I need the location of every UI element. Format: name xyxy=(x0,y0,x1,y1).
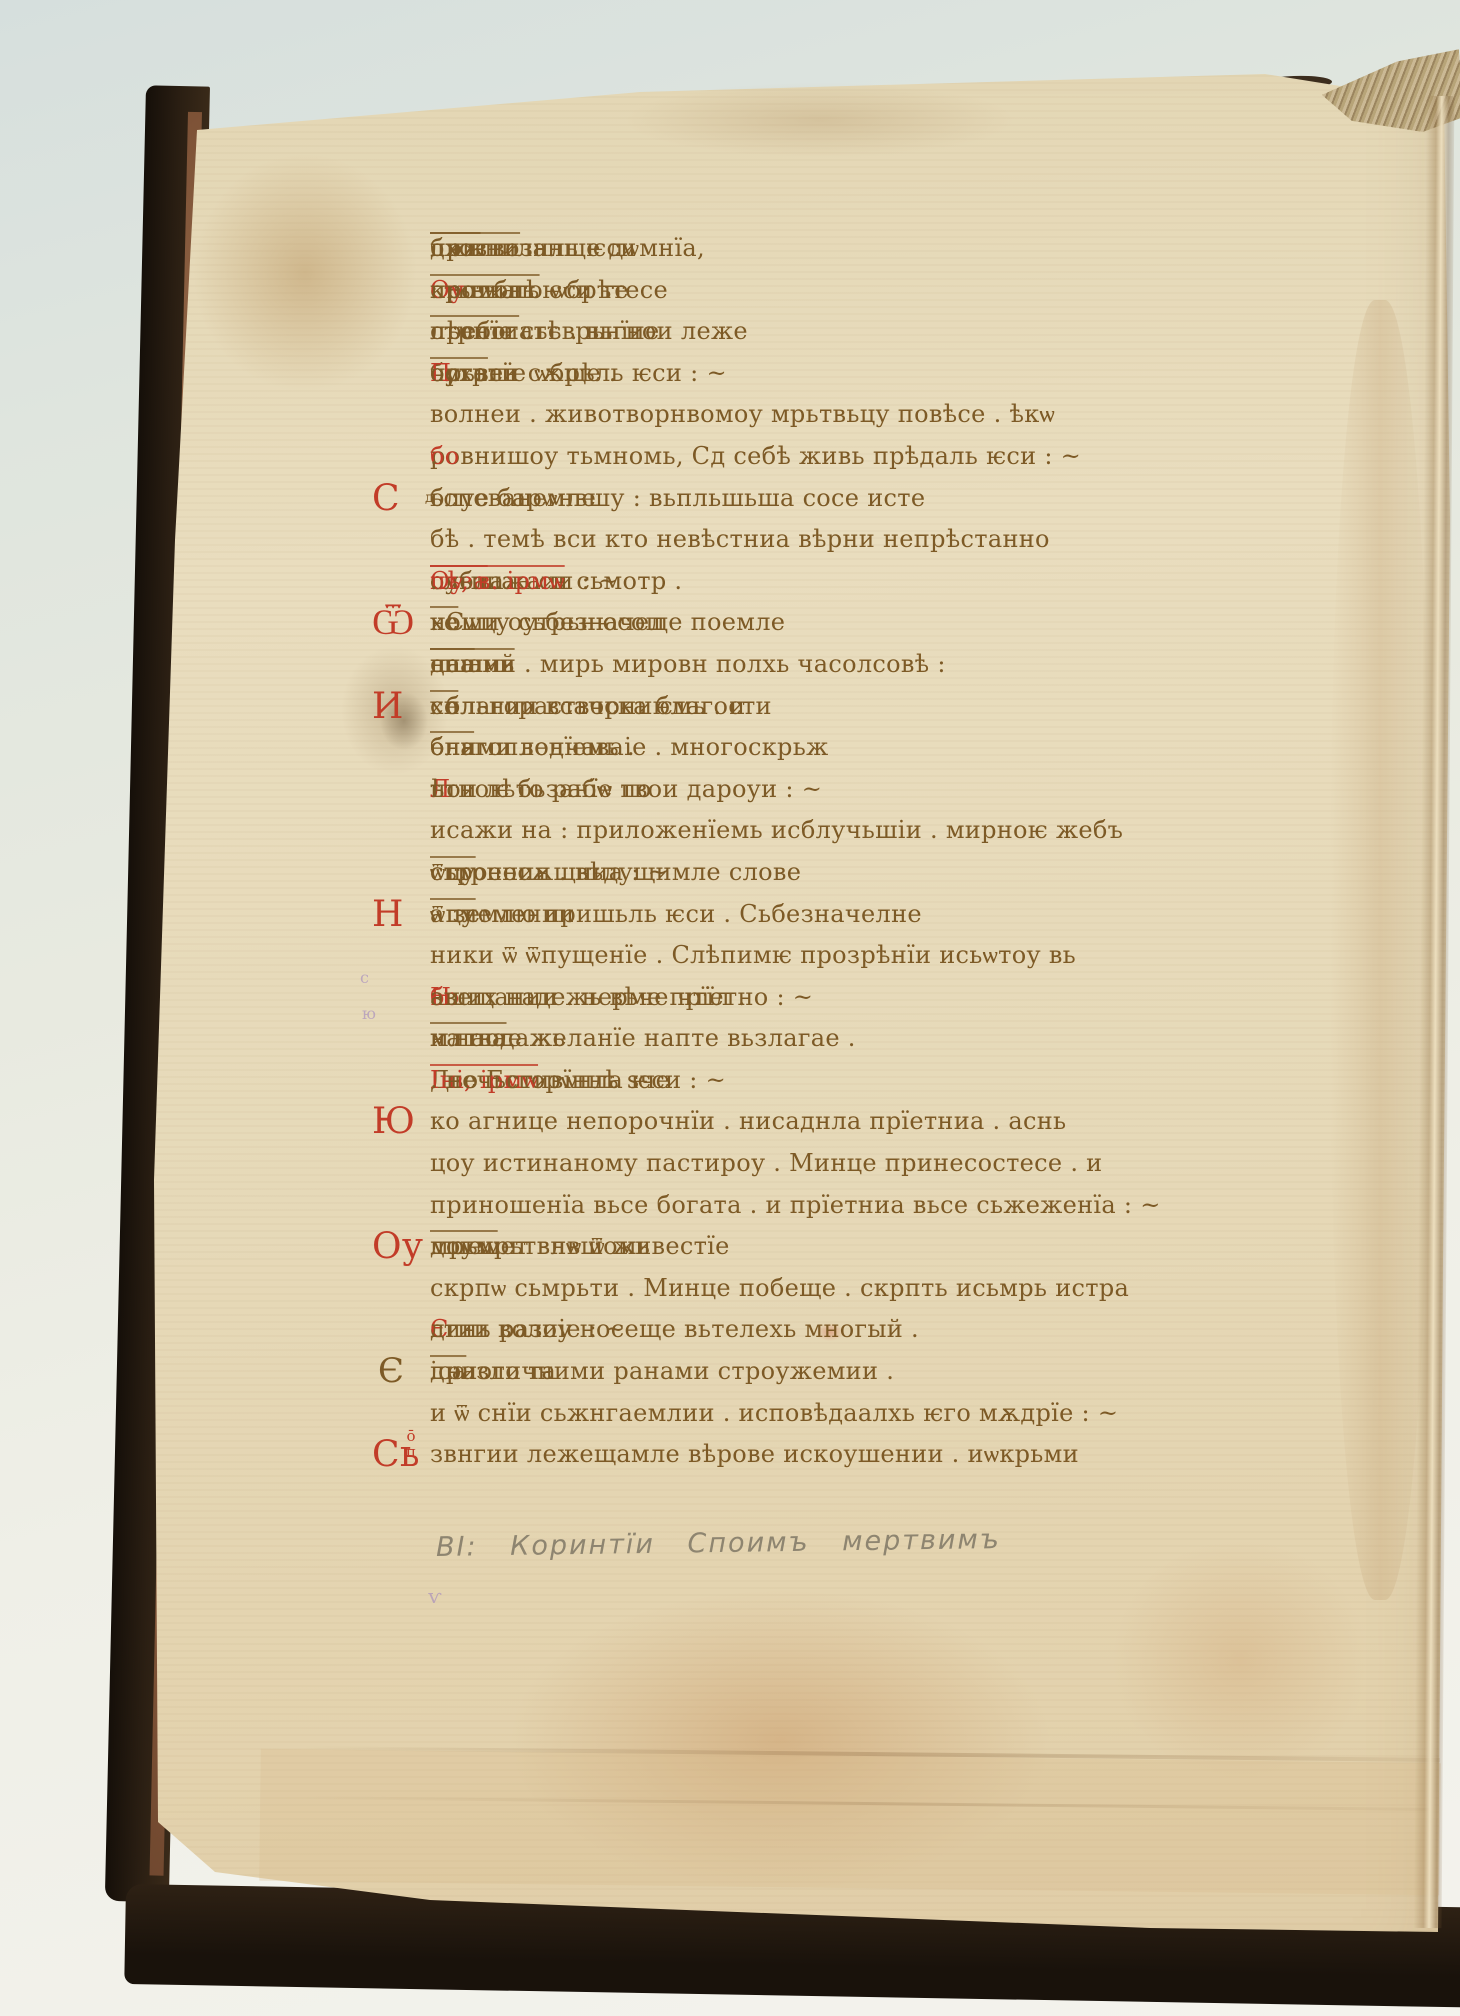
text-line: Оумрьшет влѡ ѿ живестїе дшеѡ . оумрьтвнв… xyxy=(430,1226,1090,1268)
text-segment: на подажь xyxy=(430,1018,565,1060)
text-segment: аших надежь вѣче чтїл . xyxy=(430,977,746,1019)
text-segment: ровнишоу тьмномь, Сд себѣ живь прѣдаль ѥ… xyxy=(430,436,1081,478)
text-line: приношенїа вьсе богата . и прїетниа вьсе… xyxy=(430,1185,1090,1227)
rubric-initial: Ю xyxy=(372,1101,430,1143)
text-line: Юко агнице непорочнїи . нисаднла прїетни… xyxy=(430,1101,1090,1143)
rubric-initial: Н xyxy=(372,894,430,936)
text-line: цоу истинаному пастироу . Минце принесос… xyxy=(430,1143,1090,1185)
text-segment: . Сѡцу сьбезначел xyxy=(430,602,665,644)
text-line: и ѿ снїи сьжнгаемлии . исповѣдаалхь ѥго … xyxy=(430,1393,1090,1435)
text-line: стьвнаго ѡбрѣтесе прпѡбнѣ : ~ Оукротиль … xyxy=(430,270,1090,312)
text-line: На землю пришьль ѥси . Сьбезначелне ѿцу … xyxy=(430,894,1090,936)
text-line: скрпѡ сьмрьти . Минце побеще . скрпть ис… xyxy=(430,1268,1090,1310)
rubric-initial: Оу xyxy=(372,1226,430,1268)
text-line: волнеи . животворнвомоу мрьтвьцу повѣсе … xyxy=(430,394,1090,436)
text-segment: и ѿ снїи сьжнгаемлии . исповѣдаалхь ѥго … xyxy=(430,1393,1118,1435)
text-line: стии волиіе : ~ Єдинь разоу носеще вьтел… xyxy=(430,1309,1090,1351)
text-segment: еними венчаваіе . многоскрьж xyxy=(430,727,828,769)
rubric-initial: И xyxy=(372,686,430,728)
text-segment: бжь xyxy=(430,228,481,270)
text-segment: скрпѡ сьмрьти . Минце побеще . скрпть ис… xyxy=(430,1268,1129,1310)
stacked-page-edges xyxy=(259,1749,1441,1895)
text-line: исажи на : приложенїемь исблучьшіи . мир… xyxy=(430,810,1090,852)
text-line: Дво Есгорѡнла ѥси : ~ Іні, ірмѡ . нечьст… xyxy=(430,1060,1090,1102)
text-line: оублажаии : ~ слва . Оуслышаа сн сьмотр … xyxy=(430,561,1090,603)
text-segment: блуе барѡнвшу : вьпльшьша сосе исте xyxy=(430,478,925,520)
text-line: Ѿноши оутрьнюсоще поемле хе . Сѡцу сьбез… xyxy=(430,602,1090,644)
stray-mark-2: ю xyxy=(362,1004,376,1023)
text-line: благоплодїемь . блвеними венчаваіе . мно… xyxy=(430,727,1090,769)
stray-mark-3: ѵ xyxy=(428,1584,442,1608)
text-segment: . xyxy=(430,561,438,603)
text-segment: динь разоу носеще вьтелехь многый . xyxy=(430,1309,919,1351)
text-segment: ѣтноѥ бьзанїе по xyxy=(430,769,652,811)
text-line: и наше желанїе напте вьзлагае . млтва на… xyxy=(430,1018,1090,1060)
text-line: Испльнии всачска благости хе . благораст… xyxy=(430,686,1090,728)
text-segment: ники ѿ ѿпущенїе . Слѣпимѥ прозрѣнїи исьѡ… xyxy=(430,935,1076,977)
text-segment: волнеи . животворнвомоу мрьтвьцу повѣсе … xyxy=(430,394,1055,436)
text-line: Сьспеванемле дблуе барѡнвшу : вьпльшьша … xyxy=(430,478,1090,520)
text-line: лѣснїе сьсврьнїие стрпти пребогатѣ . вьг… xyxy=(430,311,1090,353)
text-line: чрьвен сѫще . блгооуханїе ѡбрѣль ѥси : ~… xyxy=(430,353,1090,395)
text-segment: острти xyxy=(430,353,518,395)
text-segment: ко агнице непорочнїи . нисаднла прїетниа… xyxy=(430,1101,1066,1143)
rubric-initial: С xyxy=(372,478,430,520)
text-segment: приношенїа вьсе богата . и прїетниа вьсе… xyxy=(430,1185,1161,1227)
text-line: ровнишоу тьмномь, Сд себѣ живь прѣдаль ѥ… xyxy=(430,436,1090,478)
text-segment: звнгии лежещамле вѣрове искоушении . иѡк… xyxy=(430,1434,1079,1476)
text-segment: пребогатѣ . вьгнои леже xyxy=(430,311,748,353)
text-segment: наший . мирь мировн полхь часолсовѣ : xyxy=(430,644,946,686)
margin-mark: о̄ п xyxy=(400,1428,422,1460)
text-line: нои лѣто рабѡ твои дароуи : ~ Лѣтноѥ бьз… xyxy=(430,769,1090,811)
text-line: Сьзвнгии лежещамле вѣрове искоушении . и… xyxy=(430,1434,1090,1476)
text-line: бѣ . темѣ вси кто невѣстниа вѣрни непрѣс… xyxy=(430,519,1090,561)
text-line: наа . и спа дшамь наший . мирь мировн по… xyxy=(430,644,1090,686)
margin-mark-bottom: п xyxy=(400,1444,422,1460)
text-line: Єдниого та іса . различними ранами строу… xyxy=(430,1351,1090,1393)
text-segment: исажи на : приложенїемь исблучьшіи . мир… xyxy=(430,810,1123,852)
text-line: звещании . нерме прїетно : ~ бо Наших на… xyxy=(430,977,1090,1019)
text-segment: . племении xyxy=(430,894,575,936)
rubric-initial: Ѿ xyxy=(372,602,430,644)
text-line: ники ѿ ѿпущенїе . Слѣпимѥ прозрѣнїи исьѡ… xyxy=(430,935,1090,977)
text-segment: . xyxy=(430,436,438,478)
manuscript-text: пригвознль ѥси дховни . ижниланще дѡмнїа… xyxy=(430,228,1090,1476)
text-segment: . оумрьтвнвшомь xyxy=(430,1226,650,1268)
text-segment: . различними ранами строужемии . xyxy=(430,1351,894,1393)
manuscript-photo: пригвознль ѥси дховни . ижниланще дѡмнїа… xyxy=(0,0,1460,2016)
text-line: пригвознль ѥси дховни . ижниланще дѡмнїа… xyxy=(430,228,1090,270)
text-segment: кротиль ѥси те xyxy=(430,270,629,312)
text-segment: цоу истинаному пастироу . Минце принесос… xyxy=(430,1143,1102,1185)
rubric-initial: Є xyxy=(378,1351,430,1393)
text-segment: сьтрносѫщниа : ~ xyxy=(430,852,668,894)
text-line: строении . вѣдущимле слове ѿцу сьтрносѫщ… xyxy=(430,852,1090,894)
stray-mark-1: с xyxy=(360,968,369,987)
text-segment: . нечьстивїннѣ ѕче xyxy=(430,1060,670,1102)
text-segment: пѣ, в. ірмѡ xyxy=(430,561,565,603)
text-segment: . благорастворниѥмь . и xyxy=(430,686,746,728)
margin-mark-top: о̄ xyxy=(400,1428,422,1444)
text-segment: бѣ . темѣ вси кто невѣстниа вѣрни непрѣс… xyxy=(430,519,1050,561)
